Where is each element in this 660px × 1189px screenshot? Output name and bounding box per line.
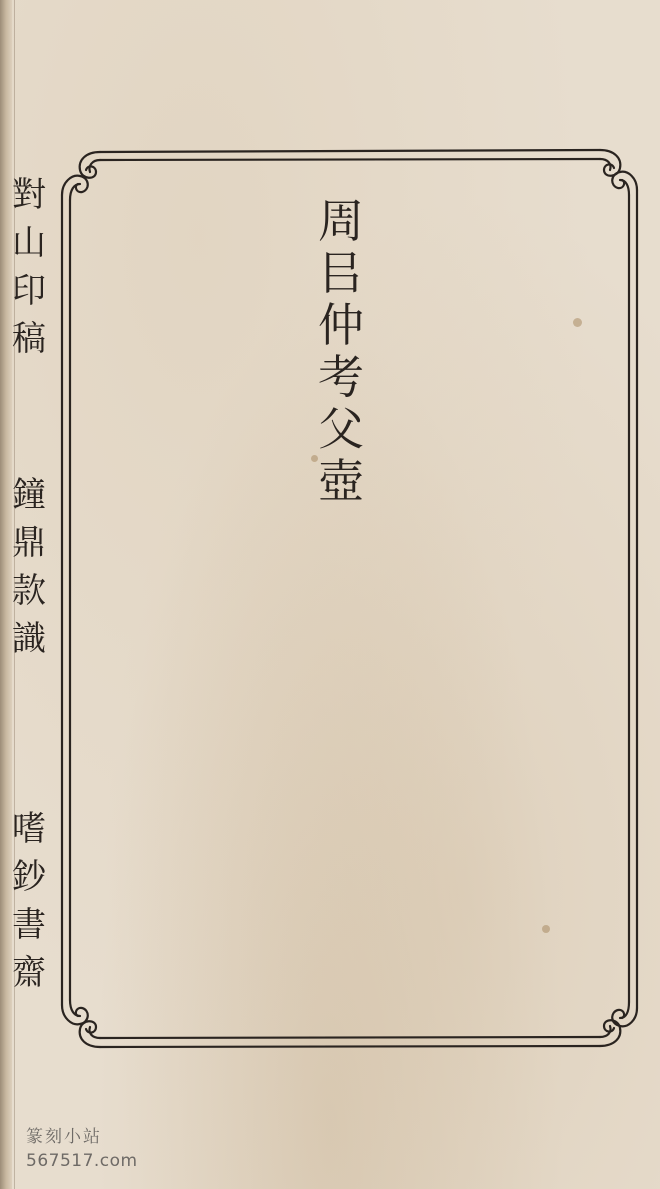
title-char: 父	[318, 406, 364, 452]
side-column-category: 鐘 鼎 款 識	[12, 478, 46, 656]
decorative-frame-border	[0, 0, 660, 1189]
book-page: 周 㠯 仲 考 父 壺 對 山 印 稿 鐘 鼎 款 識 嗜 鈔 書 齋 篆刻小站…	[0, 0, 660, 1189]
side-char: 鐘	[12, 478, 46, 512]
title-char: 周	[318, 198, 364, 244]
side-char: 稿	[12, 322, 46, 356]
side-char: 識	[12, 622, 46, 656]
side-char: 款	[12, 574, 46, 608]
title-char: 仲	[318, 302, 364, 348]
side-char: 鈔	[12, 860, 46, 894]
side-char: 鼎	[12, 526, 46, 560]
side-char: 書	[12, 908, 46, 942]
title-char: 壺	[318, 458, 364, 504]
vessel-title: 周 㠯 仲 考 父 壺	[318, 198, 364, 504]
watermark-site-url: 567517.com	[26, 1151, 138, 1171]
side-char: 齋	[12, 956, 46, 990]
title-char: 㠯	[318, 250, 364, 296]
side-char: 山	[12, 226, 46, 260]
title-char: 考	[318, 354, 364, 400]
side-column-studio: 嗜 鈔 書 齋	[12, 812, 46, 990]
side-char: 嗜	[12, 812, 46, 846]
watermark-site-name: 篆刻小站	[26, 1122, 138, 1147]
side-char: 印	[12, 274, 46, 308]
watermark: 篆刻小站 567517.com	[26, 1122, 138, 1171]
side-column-book-title: 對 山 印 稿	[12, 178, 46, 356]
side-char: 對	[12, 178, 46, 212]
